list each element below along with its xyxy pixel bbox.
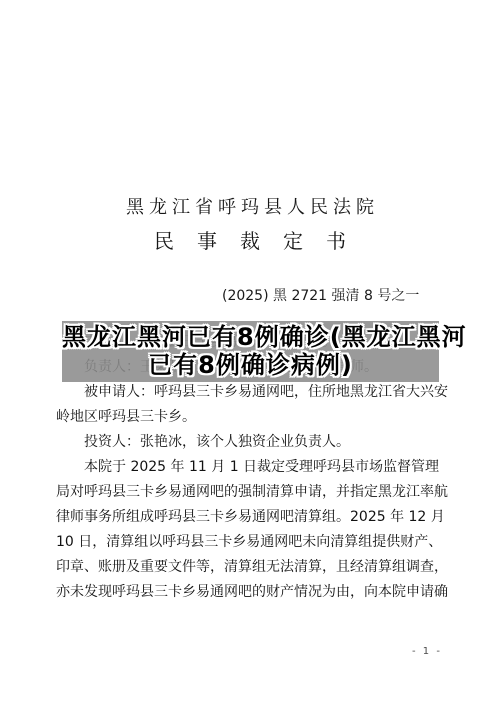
body-line: 本院于 2025 年 11 月 1 日裁定受理呼玛县市场监督管理 bbox=[56, 455, 448, 480]
body-line: 投资人：张艳冰，该个人独资企业负责人。 bbox=[56, 430, 448, 455]
headline-overlay-banner: 黑龙江黑河已有8例确诊(黑龙江黑河 已有8例确诊病例) bbox=[62, 321, 439, 382]
case-number: (2025) 黑 2721 强清 8 号之一 bbox=[222, 285, 419, 305]
headline-overlay-line-2: 已有8例确诊病例) bbox=[62, 351, 439, 379]
body-line: 印章、账册及重要文件等，清算组无法清算，且经清算组调查， bbox=[56, 555, 448, 580]
headline-overlay-line-1: 黑龙江黑河已有8例确诊(黑龙江黑河 bbox=[62, 323, 439, 351]
court-name-heading: 黑龙江省呼玛县人民法院 bbox=[0, 193, 500, 219]
document-type-heading: 民事裁定书 bbox=[0, 225, 500, 254]
body-line: 10 日，清算组以呼玛县三卡乡易通网吧未向清算组提供财产、 bbox=[56, 530, 448, 555]
court-ruling-document-page: 黑龙江省呼玛县人民法院 民事裁定书 (2025) 黑 2721 强清 8 号之一… bbox=[0, 0, 500, 707]
body-line: 亦未发现呼玛县三卡乡易通网吧的财产情况为由，向本院申请确 bbox=[56, 580, 448, 605]
body-line: 律师事务所组成呼玛县三卡乡易通网吧清算组。2025 年 12 月 bbox=[56, 505, 448, 530]
page-number: - 1 - bbox=[412, 646, 442, 657]
body-line: 岭地区呼玛县三卡乡。 bbox=[56, 405, 448, 430]
body-line: 被申请人：呼玛县三卡乡易通网吧，住所地黑龙江省大兴安 bbox=[56, 380, 448, 405]
body-line: 局对呼玛县三卡乡易通网吧的强制清算申请，并指定黑龙江率航 bbox=[56, 480, 448, 505]
